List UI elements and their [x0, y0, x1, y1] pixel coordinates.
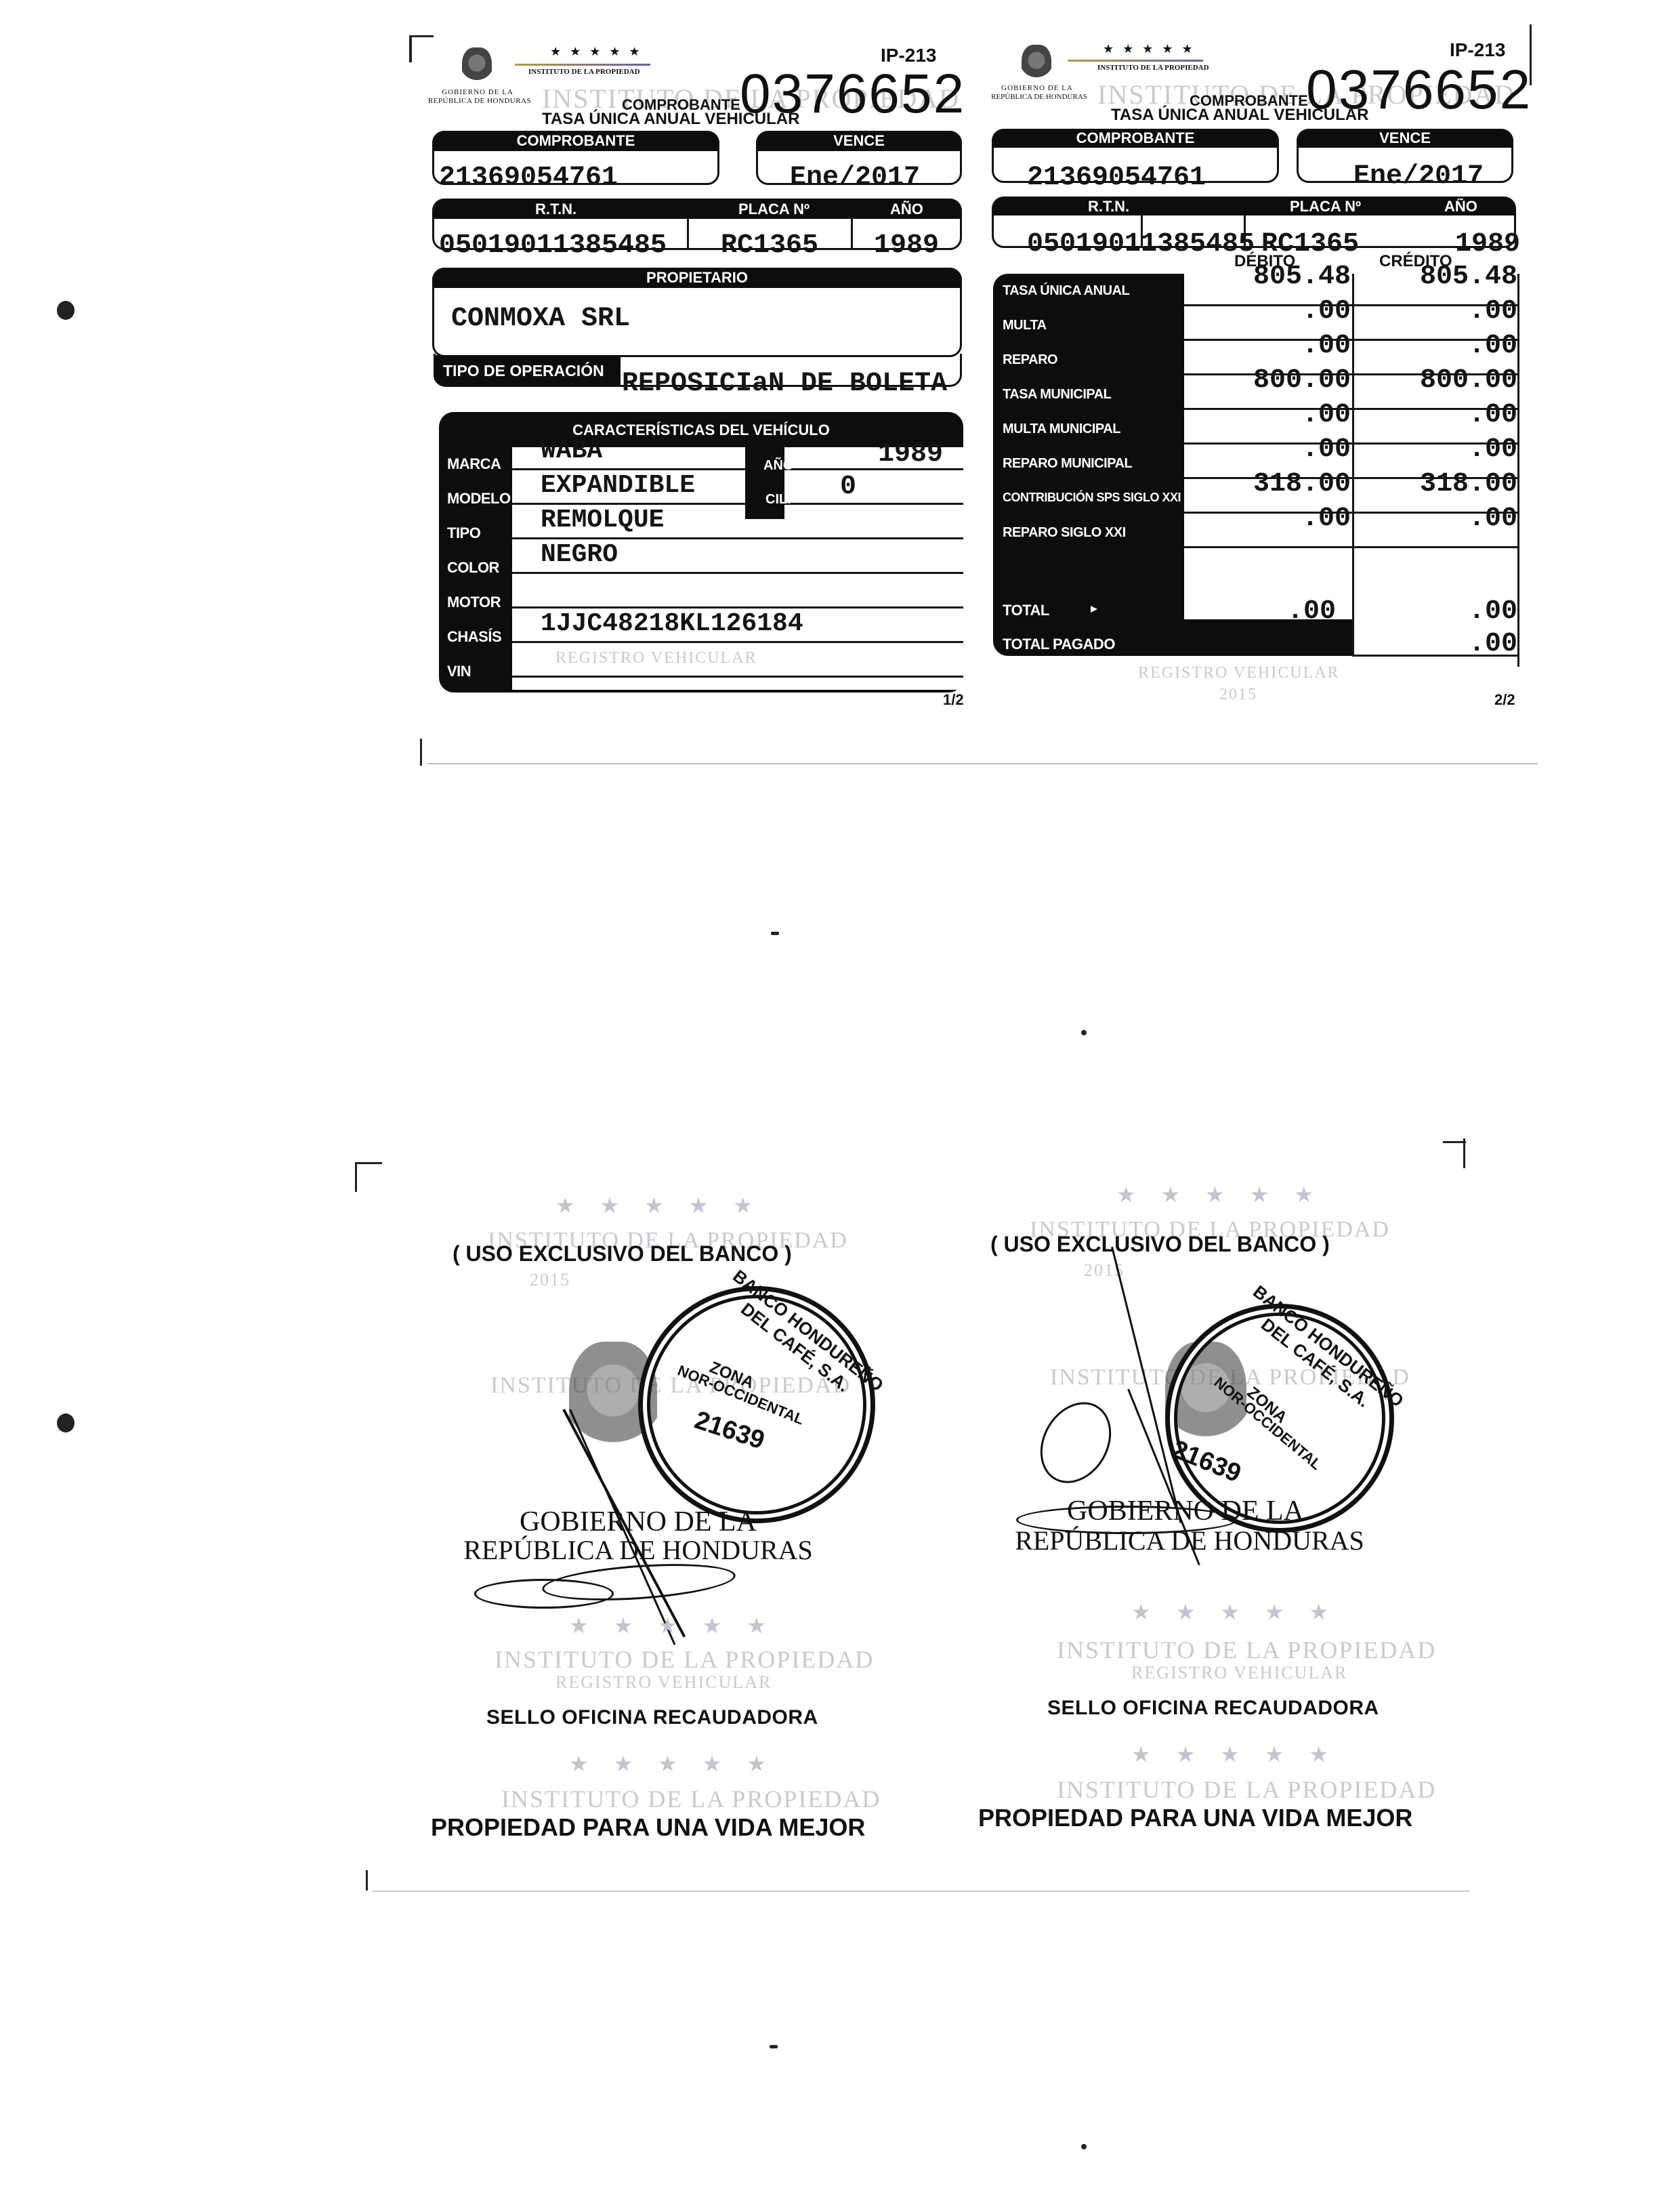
- row-rule: [1184, 408, 1517, 410]
- debit-credit-divider: [1352, 274, 1354, 656]
- row-rule: [512, 503, 745, 505]
- crop-mark: [373, 1891, 1470, 1892]
- institution-name: INSTITUTO DE LA PROPIEDAD: [528, 68, 640, 76]
- government-line-2: REPÚBLICA DE HONDURAS: [985, 93, 1093, 101]
- vehicle-value: EXPANDIBLE: [541, 471, 695, 500]
- row-rule: [1184, 546, 1517, 548]
- header-rule: [1068, 60, 1203, 62]
- document-title: TASA ÚNICA ANUAL VEHICULAR: [1111, 106, 1368, 125]
- office-seal-label: SELLO OFICINA RECAUDADORA: [486, 1706, 818, 1729]
- scan-speck: [1081, 2144, 1087, 2149]
- watermark-stars-icon: ★ ★ ★ ★ ★: [1131, 1741, 1338, 1767]
- charge-debito-value: 805.48: [1253, 262, 1351, 292]
- row-rule: [1184, 304, 1517, 306]
- vehicle-value: REMOLQUE: [541, 505, 664, 535]
- arrow-icon: [1091, 606, 1097, 613]
- charge-label: REPARO MUNICIPAL: [1003, 456, 1132, 472]
- watermark-stars-icon: ★ ★ ★ ★ ★: [569, 1613, 776, 1638]
- row-rule: [512, 606, 963, 608]
- tipo-operacion-value: REPOSICIaN DE BOLETA: [622, 369, 947, 399]
- placa-value: RC1365: [721, 230, 818, 261]
- vence-value: Ene/2017: [790, 163, 920, 193]
- charge-debito-value: .00: [1302, 400, 1351, 430]
- crop-mark: [420, 739, 422, 766]
- row-rule: [1184, 339, 1517, 341]
- crop-mark: [409, 35, 412, 62]
- charge-debito-value: .00: [1302, 331, 1351, 361]
- watermark-stars-icon: ★ ★ ★ ★ ★: [569, 1751, 776, 1777]
- watermark-text: REGISTRO VEHICULAR: [555, 649, 757, 667]
- total-pagado-label: TOTAL PAGADO: [1003, 636, 1115, 653]
- vehicle-section-title: CARACTERÍSTICAS DEL VEHÍCULO: [439, 421, 963, 439]
- vehicle-cil-label: CIL.: [765, 492, 791, 508]
- gov-line-1: GOBIERNO DE LA: [448, 1506, 828, 1538]
- vehicle-value: NEGRO: [541, 540, 618, 569]
- charge-credito-value: .00: [1469, 400, 1517, 430]
- vehicle-anio-value: 1989: [878, 439, 943, 470]
- propietario-value: CONMOXA SRL: [451, 304, 630, 334]
- stars-icon: ★ ★ ★ ★ ★: [550, 45, 643, 59]
- charge-credito-value: 805.48: [1420, 262, 1517, 292]
- bank-use-label: ( USO EXCLUSIVO DEL BANCO ): [453, 1241, 792, 1266]
- charge-debito-value: .00: [1302, 503, 1351, 534]
- charge-label: TASA MUNICIPAL: [1003, 387, 1111, 402]
- charge-debito-value: .00: [1302, 434, 1351, 465]
- honduras-coat-of-arms-icon: [462, 47, 492, 87]
- charge-label: REPARO: [1003, 352, 1057, 368]
- total-credito-value: .00: [1469, 596, 1517, 627]
- crop-mark: [409, 35, 434, 37]
- scan-speck: [770, 2045, 778, 2048]
- watermark-text: INSTITUTO DE LA PROPIEDAD: [1057, 1636, 1436, 1664]
- watermark-text: INSTITUTO DE LA PROPIEDAD: [501, 1785, 881, 1813]
- row-rule: [512, 537, 963, 539]
- document-title: TASA ÚNICA ANUAL VEHICULAR: [542, 110, 799, 129]
- government-line-1: GOBIERNO DE LA: [434, 88, 522, 96]
- office-seal-label: SELLO OFICINA RECAUDADORA: [1047, 1697, 1379, 1720]
- vehicle-anio-label: AÑO: [763, 458, 793, 474]
- row-rule: [784, 503, 963, 505]
- rtn-value: 05019011385485: [1027, 229, 1255, 260]
- charge-label: CONTRIBUCIÓN SPS SIGLO XXI: [1003, 491, 1181, 505]
- comprobante-value: 21369054761: [1027, 163, 1206, 193]
- charge-label: MULTA: [1003, 318, 1047, 333]
- total-underline: [1352, 655, 1517, 657]
- row-rule: [512, 468, 745, 470]
- vehicle-label-color: COLOR: [447, 559, 499, 577]
- scan-speck: [1081, 1030, 1087, 1035]
- anio-value: 1989: [874, 230, 939, 261]
- signature-scribble: [1026, 1389, 1125, 1495]
- total-debito-value: .00: [1287, 596, 1336, 627]
- divider: [851, 219, 853, 248]
- anio-value: 1989: [1455, 229, 1520, 260]
- institution-name: INSTITUTO DE LA PROPIEDAD: [1097, 64, 1209, 72]
- charge-credito-value: 318.00: [1420, 469, 1517, 499]
- bank-use-label: ( USO EXCLUSIVO DEL BANCO ): [990, 1232, 1330, 1257]
- comprobante-value: 21369054761: [439, 163, 618, 193]
- scan-speck: [57, 1413, 75, 1432]
- row-rule: [512, 572, 963, 574]
- watermark-stars-icon: ★ ★ ★ ★ ★: [1116, 1182, 1323, 1207]
- scan-speck: [57, 301, 75, 320]
- watermark-text: 2015: [1219, 686, 1257, 704]
- row-rule: [1184, 442, 1517, 445]
- crop-mark: [427, 763, 1538, 764]
- charge-credito-value: .00: [1469, 331, 1517, 361]
- slogan: PROPIEDAD PARA UNA VIDA MEJOR: [431, 1813, 865, 1842]
- vehicle-value: WABA: [541, 436, 602, 466]
- charge-label: TASA ÚNICA ANUAL: [1003, 283, 1129, 299]
- vehicle-label-motor: MOTOR: [447, 594, 501, 611]
- charge-debito-value: .00: [1302, 296, 1351, 327]
- honduras-coat-of-arms-icon: [1022, 45, 1051, 84]
- charge-credito-value: .00: [1469, 434, 1517, 465]
- crop-mark: [355, 1162, 382, 1164]
- charge-credito-value: 800.00: [1420, 365, 1517, 396]
- scan-speck: [771, 932, 779, 935]
- rtn-value: 05019011385485: [439, 230, 667, 261]
- signature-scribble: [1016, 1506, 1237, 1534]
- slogan: PROPIEDAD PARA UNA VIDA MEJOR: [978, 1804, 1412, 1832]
- watermark-text: INSTITUTO DE LA PROPIEDAD: [1057, 1775, 1436, 1804]
- charge-label: REPARO SIGLO XXI: [1003, 525, 1126, 541]
- row-rule: [1184, 512, 1517, 514]
- charge-label: MULTA MUNICIPAL: [1003, 421, 1120, 437]
- crop-mark: [366, 1870, 368, 1891]
- crop-mark: [1443, 1141, 1466, 1143]
- watermark-text: REGISTRO VEHICULAR: [1131, 1663, 1347, 1683]
- watermark-text: REGISTRO VEHICULAR: [1138, 664, 1340, 682]
- header-rule: [515, 64, 650, 66]
- charge-credito-value: .00: [1469, 503, 1517, 534]
- government-line-2: REPÚBLICA DE HONDURAS: [425, 97, 534, 105]
- watermark-text: REGISTRO VEHICULAR: [555, 1672, 772, 1693]
- row-rule: [512, 676, 963, 678]
- watermark-text: INSTITUTO DE LA PROPIEDAD: [495, 1645, 874, 1674]
- vehicle-label-marca: MARCA: [447, 455, 501, 473]
- stars-icon: ★ ★ ★ ★ ★: [1103, 42, 1196, 56]
- row-rule: [512, 641, 963, 643]
- vehicle-label-modelo: MODELO: [447, 490, 511, 508]
- total-label: TOTAL: [1003, 602, 1049, 619]
- vehicle-cil-value: 0: [840, 472, 856, 502]
- vehicle-label-chass: CHASÍS: [447, 628, 501, 646]
- watermark-text: 2015: [530, 1270, 570, 1290]
- vehicle-label-vin: VIN: [447, 663, 471, 680]
- vehicle-value: 1JJC48218KL126184: [541, 609, 803, 638]
- vehicle-label-tipo: TIPO: [447, 524, 480, 542]
- charge-debito-value: 318.00: [1253, 469, 1351, 499]
- watermark-stars-icon: ★ ★ ★ ★ ★: [1131, 1599, 1338, 1625]
- charge-debito-value: 800.00: [1253, 365, 1351, 396]
- page-marker: 2/2: [1494, 691, 1515, 709]
- watermark-stars-icon: ★ ★ ★ ★ ★: [555, 1193, 762, 1218]
- crop-mark: [355, 1162, 357, 1192]
- page-marker: 1/2: [943, 691, 964, 709]
- government-line-1: GOBIERNO DE LA: [993, 84, 1081, 92]
- charge-credito-value: .00: [1469, 296, 1517, 327]
- vence-value: Ene/2017: [1353, 161, 1484, 192]
- right-border: [1517, 274, 1519, 667]
- divider: [687, 219, 689, 248]
